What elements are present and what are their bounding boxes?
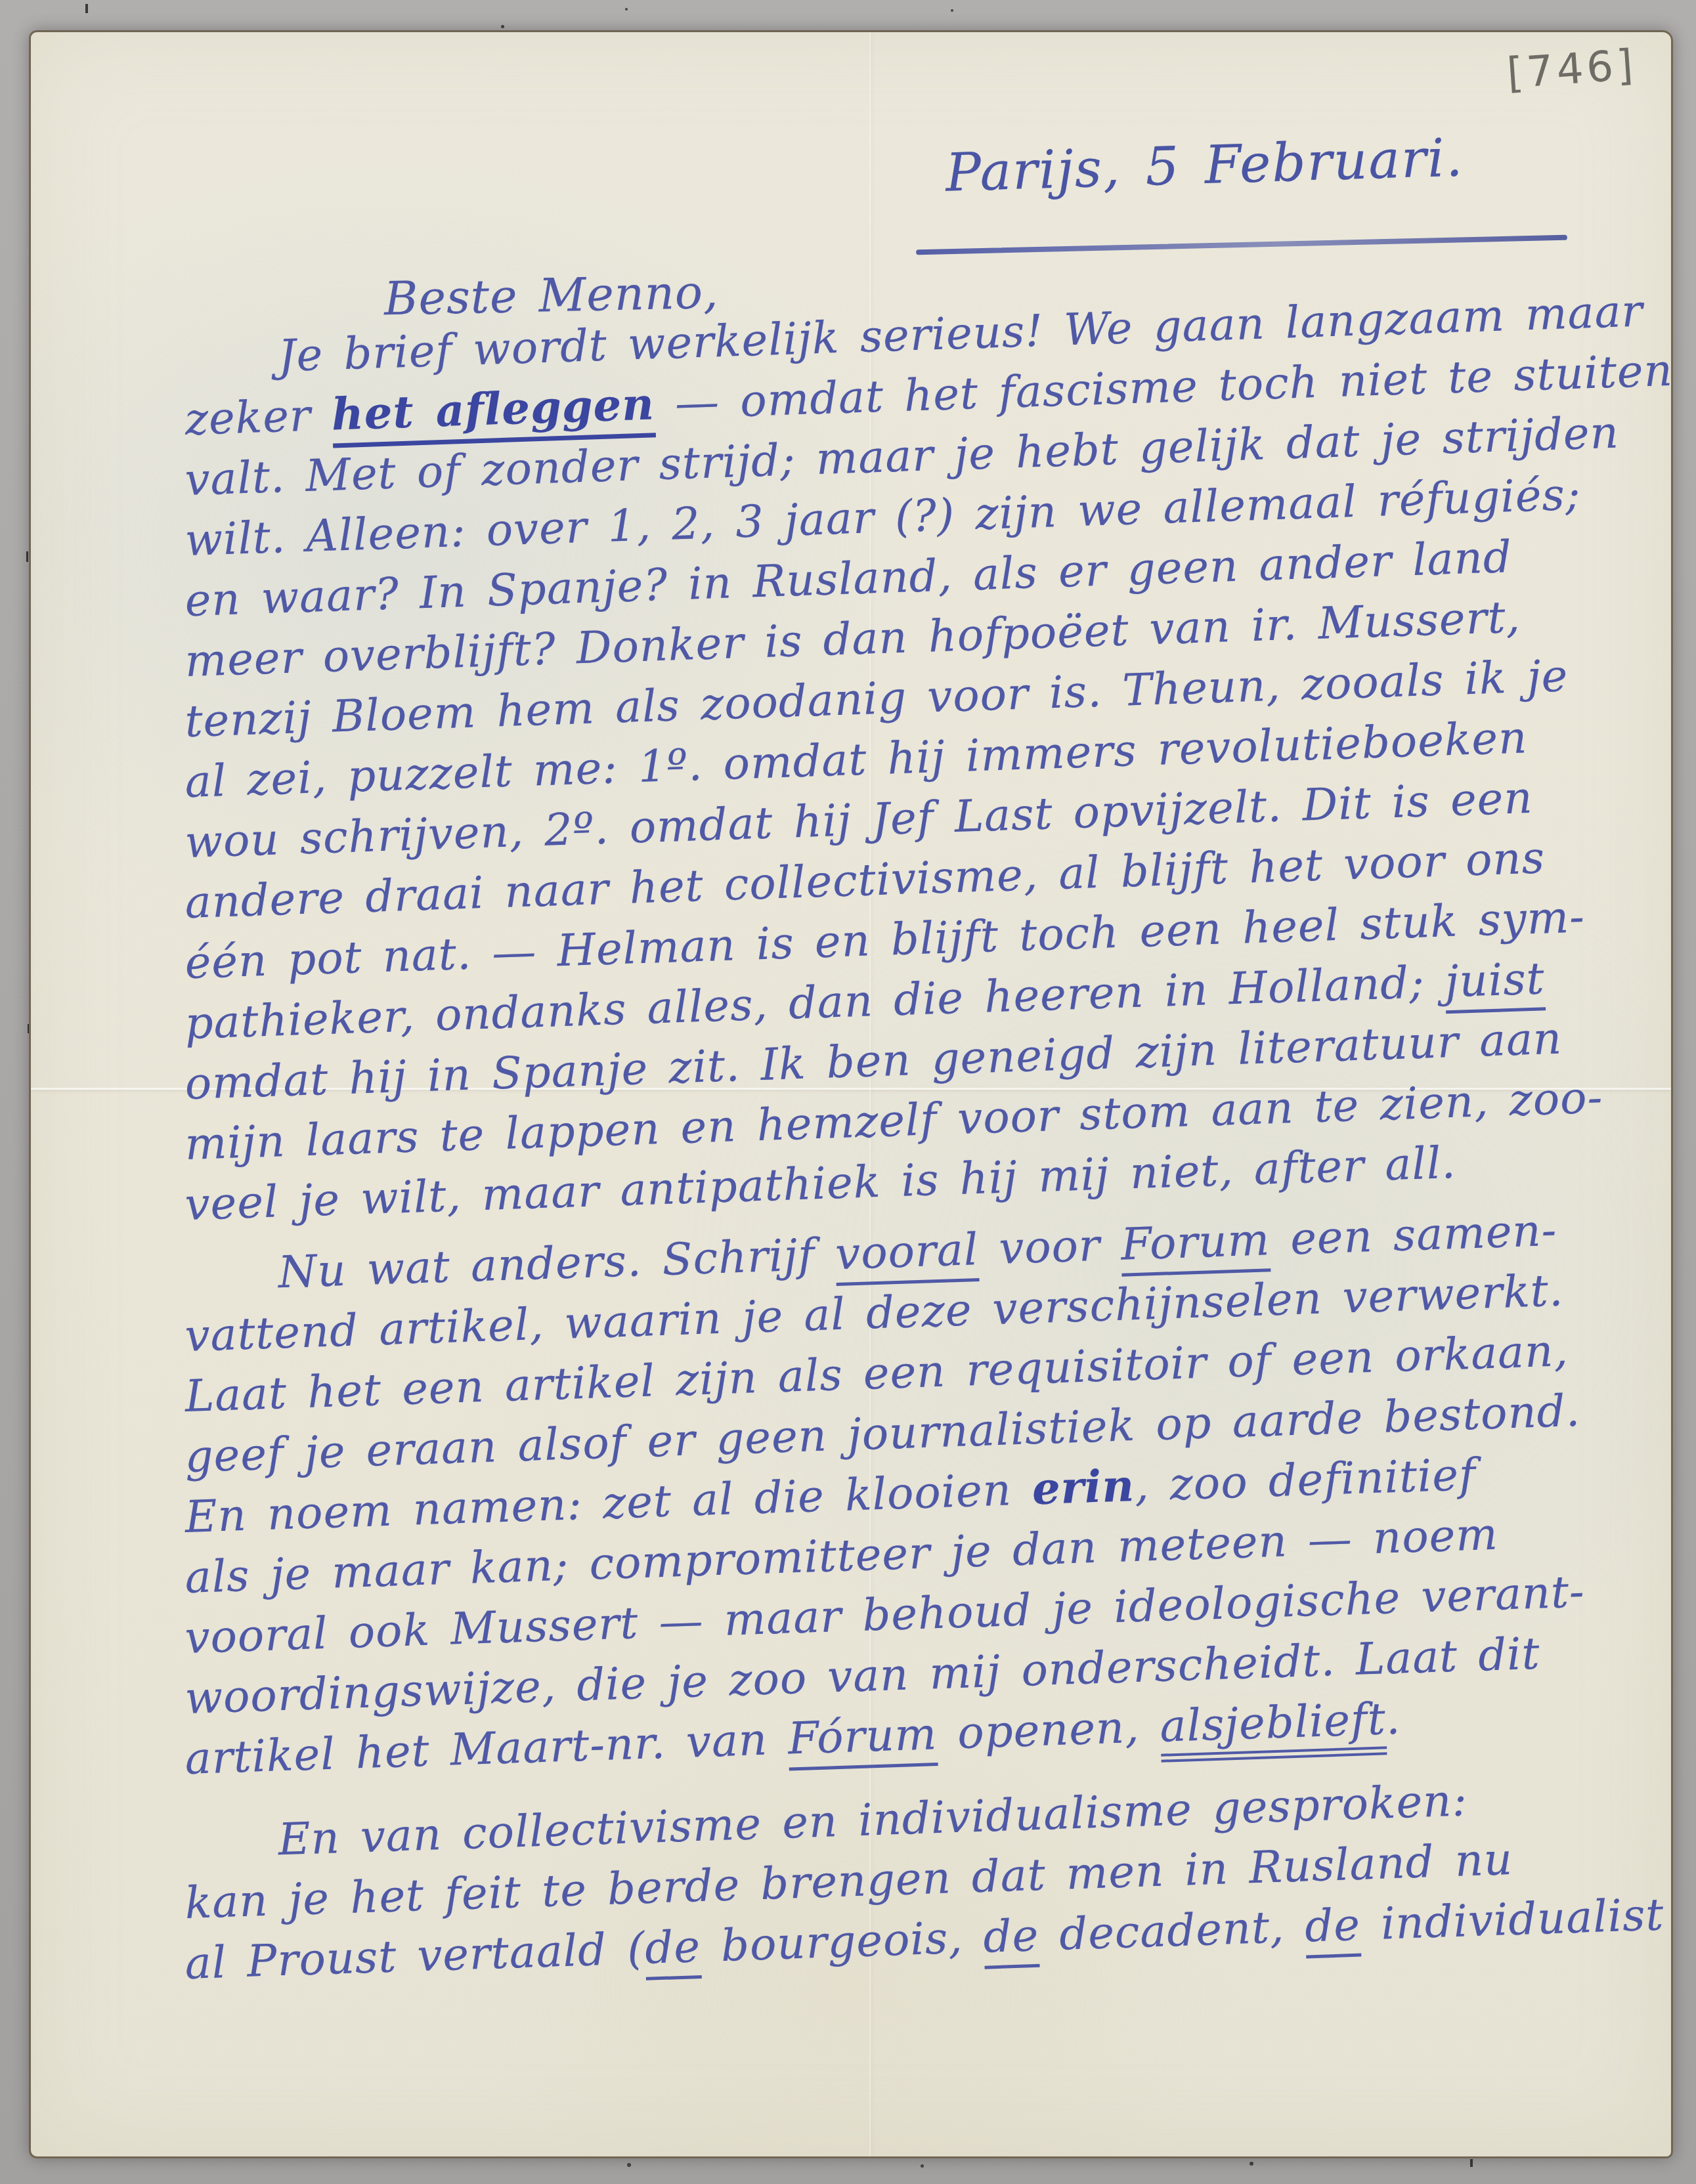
scanner-speck [627, 2163, 631, 2167]
scanner-speck [921, 2164, 924, 2168]
scanner-speck [501, 25, 504, 28]
underlined-word: alsjeblieft [1159, 1693, 1387, 1762]
scanner-speck [1250, 2162, 1253, 2166]
dateline: Parijs, 5 Februari. [945, 127, 1465, 203]
text-segment: . [1385, 1693, 1401, 1745]
text-segment: zeker [184, 389, 332, 445]
underlined-word: de [1304, 1899, 1361, 1959]
paragraph: Je brief wordt werkelijk serieus! We gaa… [185, 329, 1603, 1235]
letter-body: Je brief wordt werkelijk serieus! We gaa… [185, 329, 1603, 1994]
text-segment: bourgeois, [700, 1912, 984, 1972]
underlined-word: Forum [1120, 1214, 1271, 1276]
paper-edge-mark [26, 551, 28, 562]
paragraph: Nu wat anders. Schrijf vooral voor Forum… [185, 1245, 1603, 1789]
scanner-speck [951, 9, 953, 12]
archival-number: [746] [1506, 41, 1638, 98]
letter-paper: [746] Parijs, 5 Februari. Beste Menno, J… [29, 30, 1673, 2158]
underlined-word: de [644, 1921, 701, 1981]
paragraph: En van collectivisme en individualisme g… [185, 1812, 1603, 1994]
paper-edge-mark [1470, 2159, 1473, 2167]
underlined-word: juist [1445, 953, 1546, 1014]
text-segment: een samen- [1269, 1205, 1558, 1265]
text-segment: individualist [1360, 1889, 1665, 1950]
text-segment: al Proust vertaald ( [184, 1923, 645, 1989]
underlined-word: vooral [835, 1224, 980, 1286]
text-segment: , zoo definitief [1134, 1449, 1477, 1511]
text-segment: voor [978, 1219, 1122, 1275]
scanner-speck [625, 8, 628, 11]
text-segment: erin [1032, 1459, 1136, 1514]
text-segment: decadent, [1038, 1900, 1306, 1960]
scan-background: { "page": { "archival_number": "[746]", … [0, 0, 1696, 2184]
text-segment: openen, [936, 1701, 1161, 1759]
underlined-word: de [982, 1910, 1039, 1969]
dateline-underline-flourish [916, 235, 1567, 255]
underlined-word: Fórum [787, 1708, 938, 1770]
paper-edge-mark [85, 4, 88, 13]
